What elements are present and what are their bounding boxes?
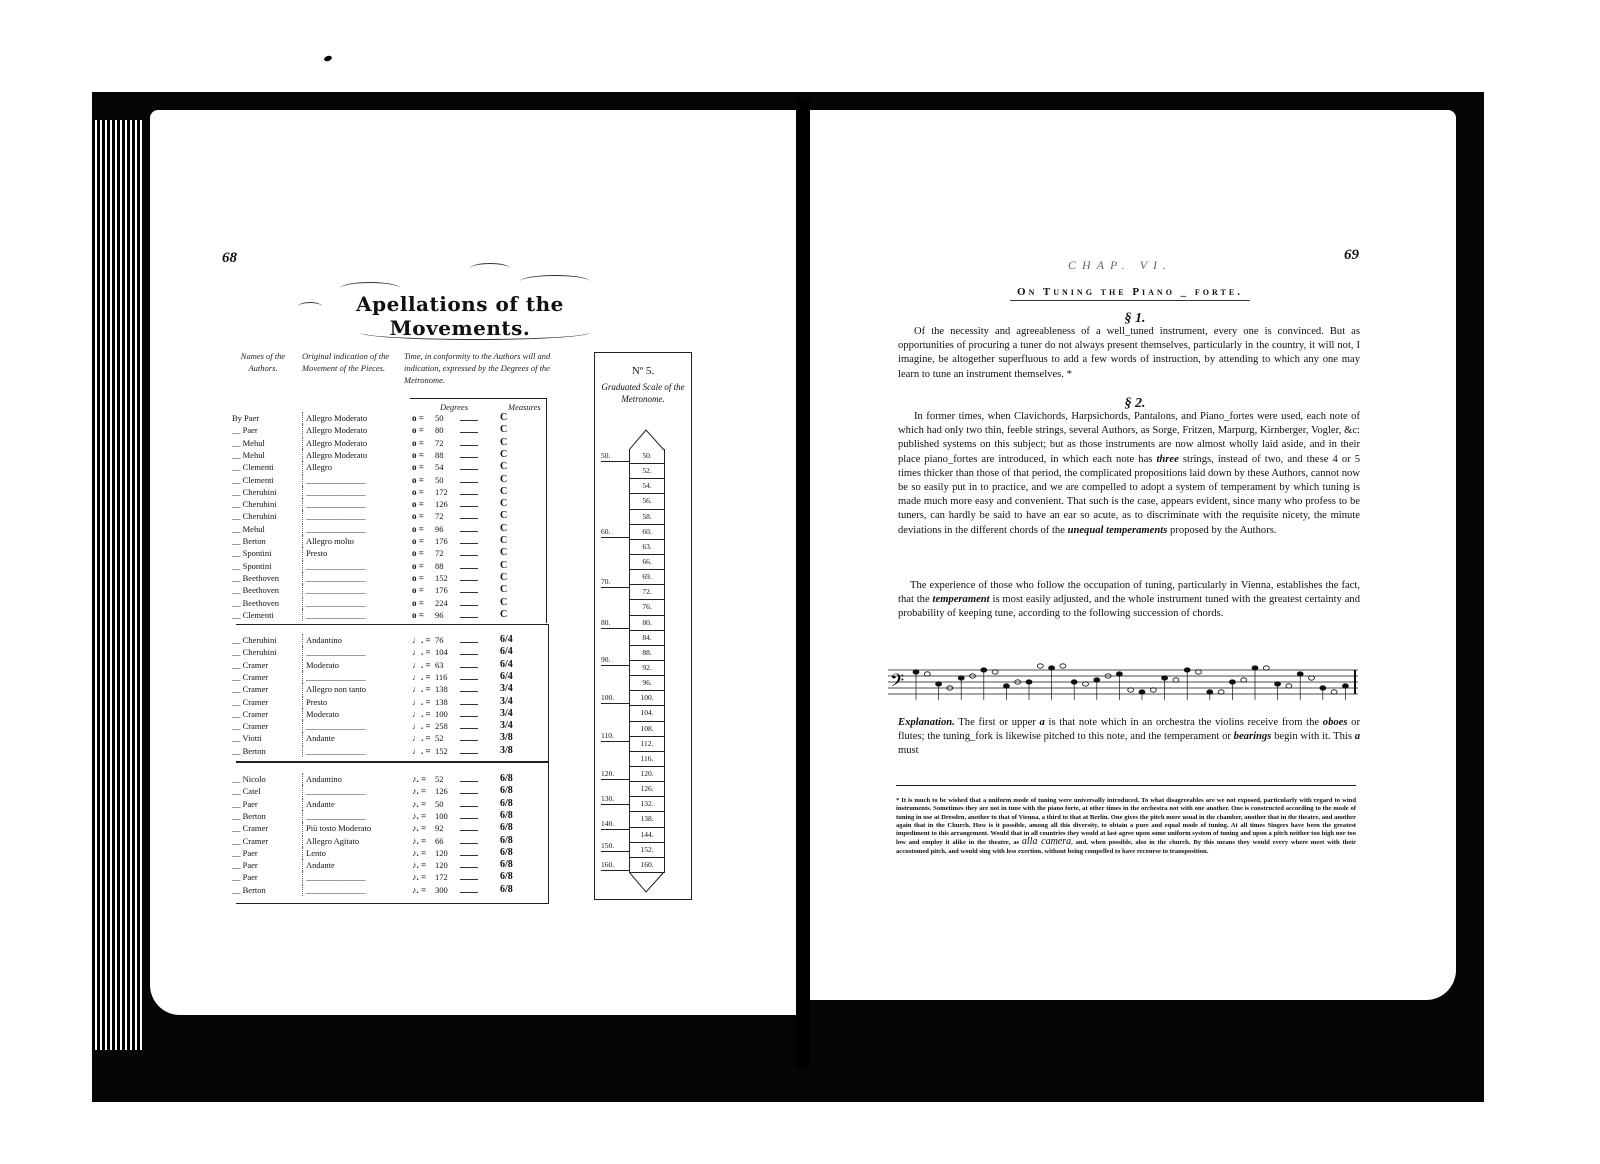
scale-mark: 160. bbox=[601, 860, 629, 871]
leader-line bbox=[460, 592, 478, 593]
note-value-icon: o = bbox=[412, 523, 424, 535]
chapter-title: On Tuning the Piano _ forte. bbox=[1010, 286, 1250, 301]
original-indication-cell: ______________ bbox=[302, 560, 411, 572]
scale-cell: 50. bbox=[630, 449, 664, 464]
original-indication-cell: Allegro Moderato bbox=[302, 412, 411, 424]
footnote: * It is much to be wished that a uniform… bbox=[896, 797, 1356, 856]
degrees-cell: 88 bbox=[435, 560, 461, 572]
page-number-left: 68 bbox=[222, 250, 237, 267]
measure-cell: C bbox=[500, 474, 507, 486]
text: begin with it. This bbox=[1271, 731, 1354, 742]
scale-cell: 66. bbox=[630, 555, 664, 570]
scale-cell: 126. bbox=[630, 782, 664, 797]
degrees-cell: 126 bbox=[435, 498, 461, 510]
measure-cell: C bbox=[500, 609, 507, 621]
note-value-icon: o = bbox=[412, 572, 424, 584]
degrees-cell: 224 bbox=[435, 597, 461, 609]
original-indication-cell: Presto bbox=[302, 547, 411, 559]
scale-cell: 116. bbox=[630, 752, 664, 767]
degrees-cell: 96 bbox=[435, 609, 461, 621]
leader-line bbox=[460, 469, 478, 470]
footnote-rule bbox=[896, 785, 1356, 786]
table-row: __ MehulAllegro Moderatoo =88C bbox=[232, 449, 552, 461]
scale-cell: 80. bbox=[630, 616, 664, 631]
leader-line bbox=[460, 518, 478, 519]
scale-mark: 130. bbox=[601, 794, 629, 805]
table-row: __ Beethoven______________o =224C bbox=[232, 597, 552, 609]
original-indication-cell: ______________ bbox=[302, 597, 411, 609]
leader-line bbox=[460, 617, 478, 618]
measure-cell: C bbox=[500, 535, 507, 547]
emphasis: unequal temperaments bbox=[1068, 525, 1168, 536]
scale-cell: 54. bbox=[630, 479, 664, 494]
music-staff: 𝄢 bbox=[888, 662, 1358, 702]
explanation-paragraph: Explanation. The first or upper a is tha… bbox=[898, 716, 1360, 759]
scale-bottom-arrow bbox=[629, 871, 665, 893]
metronome-scale: Nº 5. Graduated Scale of the Metronome. … bbox=[594, 352, 692, 900]
note-value-icon: o = bbox=[412, 547, 424, 559]
scale-cell: 100. bbox=[630, 691, 664, 706]
scale-column: 50.52.54.56.58.60.63.66.69.72.76.80.84.8… bbox=[629, 449, 665, 873]
original-indication-cell: ______________ bbox=[302, 510, 411, 522]
scale-cell: 132. bbox=[630, 797, 664, 812]
degrees-cell: 50 bbox=[435, 412, 461, 424]
table-row: __ ClementiAllegroo =54C bbox=[232, 461, 552, 473]
text: proposed by the Authors. bbox=[1167, 525, 1276, 536]
page-edges bbox=[92, 120, 142, 1050]
table-row: By PaerAllegro Moderatoo =50C bbox=[232, 412, 552, 424]
note-value-icon: o = bbox=[412, 597, 424, 609]
header-time: Time, in conformity to the Authors will … bbox=[404, 350, 564, 386]
scale-cell: 60. bbox=[630, 525, 664, 540]
degrees-cell: 54 bbox=[435, 461, 461, 473]
note-value-icon: o = bbox=[412, 424, 424, 436]
emphasis: bearings bbox=[1234, 731, 1272, 742]
paragraph-1: Of the necessity and agreeableness of a … bbox=[898, 325, 1360, 382]
leader-line bbox=[460, 506, 478, 507]
scale-top-arrow bbox=[629, 429, 665, 451]
author-cell: __ Mehul bbox=[232, 437, 300, 449]
author-cell: __ Spontini bbox=[232, 560, 300, 572]
measure-cell: C bbox=[500, 498, 507, 510]
scale-cell: 52. bbox=[630, 464, 664, 479]
table-row: __ Cherubini______________o =126C bbox=[232, 498, 552, 510]
author-cell: __ Cherubini bbox=[232, 510, 300, 522]
note-value-icon: o = bbox=[412, 560, 424, 572]
right-page bbox=[806, 110, 1456, 1000]
table-row: __ Beethoven______________o =176C bbox=[232, 584, 552, 596]
flourish bbox=[470, 263, 510, 274]
header-authors: Names of the Authors. bbox=[232, 350, 294, 374]
measure-cell: C bbox=[500, 547, 507, 559]
note-value-icon: o = bbox=[412, 486, 424, 498]
book-gutter bbox=[796, 98, 810, 1068]
scale-cell: 138. bbox=[630, 812, 664, 827]
table-row: __ PaerAllegro Moderatoo =80C bbox=[232, 424, 552, 436]
note-value-icon: o = bbox=[412, 449, 424, 461]
leader-line bbox=[460, 568, 478, 569]
author-cell: __ Paer bbox=[232, 424, 300, 436]
author-cell: __ Mehul bbox=[232, 449, 300, 461]
note-value-icon: o = bbox=[412, 535, 424, 547]
note-value-icon: o = bbox=[412, 498, 424, 510]
original-indication-cell: ______________ bbox=[302, 474, 411, 486]
degrees-cell: 88 bbox=[435, 449, 461, 461]
table-group-frame bbox=[236, 762, 549, 904]
scale-mark: 70. bbox=[601, 577, 629, 588]
scale-mark: 90. bbox=[601, 655, 629, 666]
degrees-cell: 50 bbox=[435, 474, 461, 486]
measure-cell: C bbox=[500, 560, 507, 572]
scale-mark: 120. bbox=[601, 769, 629, 780]
original-indication-cell: ______________ bbox=[302, 498, 411, 510]
scale-cell: 144. bbox=[630, 828, 664, 843]
table-row: __ Mehul______________o =96C bbox=[232, 523, 552, 535]
original-indication-cell: Allegro Moderato bbox=[302, 437, 411, 449]
scale-cell: 63. bbox=[630, 540, 664, 555]
leader-line bbox=[460, 605, 478, 606]
author-cell: __ Beethoven bbox=[232, 597, 300, 609]
text: strings, instead of two, and these 4 or … bbox=[898, 454, 1360, 536]
leader-line bbox=[460, 555, 478, 556]
scale-mark: 50. bbox=[601, 451, 629, 462]
scale-cell: 108. bbox=[630, 722, 664, 737]
scale-cell: 96. bbox=[630, 676, 664, 691]
emphasis: three bbox=[1156, 454, 1178, 465]
leader-line bbox=[460, 457, 478, 458]
scale-mark: 60. bbox=[601, 527, 629, 538]
note-value-icon: o = bbox=[412, 461, 424, 473]
text: must bbox=[898, 745, 919, 756]
paragraph-3: The experience of those who follow the o… bbox=[898, 579, 1360, 622]
note-value-icon: o = bbox=[412, 584, 424, 596]
degrees-cell: 72 bbox=[435, 437, 461, 449]
leader-line bbox=[460, 482, 478, 483]
measure-cell: C bbox=[500, 597, 507, 609]
leader-line bbox=[460, 445, 478, 446]
scale-cell: 92. bbox=[630, 661, 664, 676]
author-cell: __ Beethoven bbox=[232, 584, 300, 596]
degrees-cell: 96 bbox=[435, 523, 461, 535]
scale-mark: 110. bbox=[601, 731, 629, 742]
scale-caption: Graduated Scale of the Metronome. bbox=[595, 381, 691, 405]
author-cell: __ Clementi bbox=[232, 609, 300, 621]
scale-cell: 152. bbox=[630, 843, 664, 858]
measure-cell: C bbox=[500, 437, 507, 449]
measure-cell: C bbox=[500, 412, 507, 424]
emphasis: temperament bbox=[933, 594, 990, 605]
scale-number: Nº 5. bbox=[595, 365, 691, 377]
original-indication-cell: Allegro molto bbox=[302, 535, 411, 547]
note-value-icon: o = bbox=[412, 609, 424, 621]
scale-cell: 120. bbox=[630, 767, 664, 782]
leader-line bbox=[460, 580, 478, 581]
leader-line bbox=[460, 531, 478, 532]
scale-cell: 112. bbox=[630, 737, 664, 752]
table-row: __ Beethoven______________o =152C bbox=[232, 572, 552, 584]
page-title: Apellations of the Movements. bbox=[300, 292, 620, 340]
leader-line bbox=[460, 420, 478, 421]
explanation-label: Explanation. bbox=[898, 717, 955, 728]
emphasis: alla camera bbox=[1022, 836, 1071, 847]
scale-cell: 69. bbox=[630, 570, 664, 585]
table-row: __ Clementi______________o =96C bbox=[232, 609, 552, 621]
scale-cell: 104. bbox=[630, 706, 664, 721]
leader-line bbox=[460, 494, 478, 495]
original-indication-cell: Allegro Moderato bbox=[302, 449, 411, 461]
page-number-right: 69 bbox=[1344, 247, 1359, 264]
measure-cell: C bbox=[500, 424, 507, 436]
author-cell: __ Beethoven bbox=[232, 572, 300, 584]
paragraph-2: In former times, when Clavichords, Harps… bbox=[898, 410, 1360, 538]
table-row: __ BertonAllegro moltoo =176C bbox=[232, 535, 552, 547]
degrees-cell: 172 bbox=[435, 486, 461, 498]
flourish bbox=[520, 275, 590, 288]
measure-cell: C bbox=[500, 461, 507, 473]
author-cell: By Paer bbox=[232, 412, 300, 424]
note-value-icon: o = bbox=[412, 510, 424, 522]
measure-cell: C bbox=[500, 572, 507, 584]
original-indication-cell: Allegro Moderato bbox=[302, 424, 411, 436]
leader-line bbox=[460, 543, 478, 544]
degrees-cell: 80 bbox=[435, 424, 461, 436]
chapter-heading: CHAP. VI. bbox=[1020, 258, 1220, 273]
emphasis: oboes bbox=[1323, 717, 1348, 728]
table-row: __ SpontiniPrestoo =72C bbox=[232, 547, 552, 559]
scale-cell: 84. bbox=[630, 631, 664, 646]
measure-cell: C bbox=[500, 510, 507, 522]
table-row: __ MehulAllegro Moderatoo =72C bbox=[232, 437, 552, 449]
degrees-cell: 72 bbox=[435, 510, 461, 522]
scale-mark: 80. bbox=[601, 618, 629, 629]
table-row: __ Cherubini______________o =72C bbox=[232, 510, 552, 522]
svg-text:𝄢: 𝄢 bbox=[890, 671, 904, 696]
text: is that note which in an orchestra the v… bbox=[1045, 717, 1323, 728]
author-cell: __ Mehul bbox=[232, 523, 300, 535]
emphasis: a bbox=[1355, 731, 1360, 742]
measure-cell: C bbox=[500, 523, 507, 535]
scale-mark: 100. bbox=[601, 693, 629, 704]
scale-cell: 56. bbox=[630, 494, 664, 509]
original-indication-cell: ______________ bbox=[302, 486, 411, 498]
ink-speck bbox=[323, 55, 332, 62]
original-indication-cell: ______________ bbox=[302, 609, 411, 621]
header-original: Original indication of the Movement of t… bbox=[302, 350, 402, 374]
original-indication-cell: ______________ bbox=[302, 523, 411, 535]
note-value-icon: o = bbox=[412, 437, 424, 449]
scale-cell: 72. bbox=[630, 585, 664, 600]
scale-cell: 58. bbox=[630, 510, 664, 525]
degrees-cell: 72 bbox=[435, 547, 461, 559]
measure-cell: C bbox=[500, 486, 507, 498]
author-cell: __ Cherubini bbox=[232, 486, 300, 498]
scale-mark: 140. bbox=[601, 819, 629, 830]
leader-line bbox=[460, 432, 478, 433]
author-cell: __ Cherubini bbox=[232, 498, 300, 510]
measure-cell: C bbox=[500, 584, 507, 596]
scale-cell: 76. bbox=[630, 600, 664, 615]
note-value-icon: o = bbox=[412, 474, 424, 486]
original-indication-cell: ______________ bbox=[302, 572, 411, 584]
author-cell: __ Clementi bbox=[232, 474, 300, 486]
table-row: __ Cherubini______________o =172C bbox=[232, 486, 552, 498]
note-value-icon: o = bbox=[412, 412, 424, 424]
original-indication-cell: Allegro bbox=[302, 461, 411, 473]
measure-cell: C bbox=[500, 449, 507, 461]
degrees-cell: 176 bbox=[435, 535, 461, 547]
author-cell: __ Berton bbox=[232, 535, 300, 547]
author-cell: __ Spontini bbox=[232, 547, 300, 559]
table-row: __ Clementi______________o =50C bbox=[232, 474, 552, 486]
degrees-cell: 176 bbox=[435, 584, 461, 596]
table-group-frame bbox=[236, 624, 549, 762]
original-indication-cell: ______________ bbox=[302, 584, 411, 596]
table-row: __ Spontini______________o =88C bbox=[232, 560, 552, 572]
scale-mark: 150. bbox=[601, 841, 629, 852]
scale-cell: 88. bbox=[630, 646, 664, 661]
author-cell: __ Clementi bbox=[232, 461, 300, 473]
text: The first or upper bbox=[955, 717, 1040, 728]
degrees-cell: 152 bbox=[435, 572, 461, 584]
